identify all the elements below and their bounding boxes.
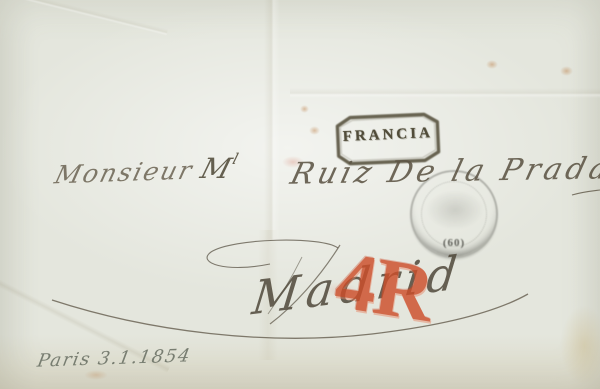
- rate-mark-4r: 4R: [329, 233, 439, 341]
- foxing-spot: [300, 105, 309, 113]
- horizontal-crease: [290, 88, 600, 98]
- vertical-fold-crease: [264, 0, 280, 240]
- foxing-spot: [309, 126, 320, 135]
- foxing-spot: [84, 370, 108, 380]
- foxing-spot: [560, 66, 573, 76]
- envelope-paper: (60) FRANCIA Monsieur Ml Ruiz De la Prad…: [0, 0, 600, 389]
- handwriting-flourish-strokes: [0, 0, 600, 389]
- name-initial: M: [197, 152, 235, 185]
- address-surname: Ruiz De la Prada: [287, 151, 600, 192]
- corner-stain: [560, 305, 600, 385]
- datestamp-ink-haze: [426, 190, 484, 230]
- address-salutation: Monsieur: [52, 156, 197, 190]
- top-left-crease: [0, 0, 168, 36]
- address-name-abbreviation: Ml: [197, 150, 241, 185]
- foxing-spot: [486, 60, 498, 69]
- pencil-date-annotation: Paris 3.1.1854: [36, 345, 193, 371]
